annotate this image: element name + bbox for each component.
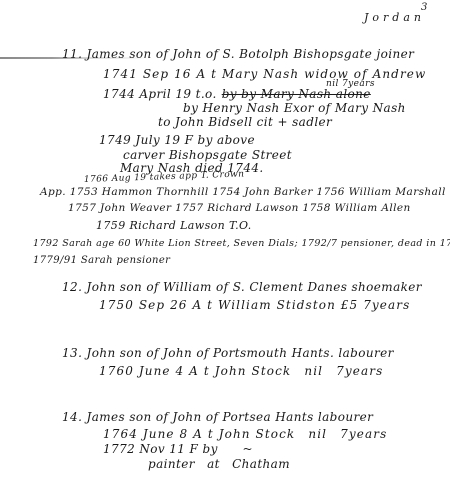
entry-11-line-1749: 1749 July 19 F by above xyxy=(99,134,255,146)
entry-11-title: 11. James son of John of S. Botolph Bish… xyxy=(62,48,414,60)
entry-11-apprentices-line-1: App. 1753 Hammon Thornhill 1754 John Bar… xyxy=(40,187,446,198)
entry-11-line-henry-nash: by Henry Nash Exor of Mary Nash xyxy=(183,102,406,114)
entry-14-line-1772: 1772 Nov 11 F by ~ xyxy=(103,443,253,455)
entry-11-line-carver: carver Bishopsgate Street xyxy=(123,149,292,161)
entry-13-title: 13. John son of John of Portsmouth Hants… xyxy=(62,347,394,359)
entry-12-title: 12. John son of William of S. Clement Da… xyxy=(62,281,422,293)
entry-11-apprentices-line-2: 1757 John Weaver 1757 Richard Lawson 175… xyxy=(68,203,411,214)
entry-14-title: 14. James son of John of Portsea Hants l… xyxy=(62,411,373,423)
entry-11-note-1766: 1766 Aug 19 takes app T. Crown xyxy=(84,170,245,185)
entry-11-line-1744-struck-text: by by Mary Nash alone xyxy=(222,87,371,101)
entry-11-line-1744: 1744 April 19 t.o.by by Mary Nash alone xyxy=(103,88,371,100)
entry-11-line-1779-sarah: 1779/91 Sarah pensioner xyxy=(33,256,170,266)
entry-11-line-1744-text: 1744 April 19 t.o. xyxy=(103,87,217,101)
entry-13-line-1760: 1760 June 4 A t John Stock nil 7years xyxy=(99,365,383,377)
scanned-document-page: 3 Jordan 11. James son of John of S. Bot… xyxy=(0,0,450,487)
page-surname-heading: Jordan xyxy=(364,12,425,23)
entry-14-line-1764: 1764 June 8 A t John Stock nil 7years xyxy=(103,428,387,440)
entry-11-apprentices-line-3: 1759 Richard Lawson T.O. xyxy=(96,220,252,231)
entry-11-line-bidsell: to John Bidsell cit + sadler xyxy=(158,116,332,128)
entry-11-line-1792-sarah: 1792 Sarah age 60 White Lion Street, Sev… xyxy=(33,239,450,249)
entry-14-line-painter: painter at Chatham xyxy=(148,458,290,470)
entry-11-line-1741: 1741 Sep 16 A t Mary Nash widow of Andre… xyxy=(103,68,426,80)
entry-12-line-1750: 1750 Sep 26 A t William Stidston £5 7yea… xyxy=(99,299,410,311)
